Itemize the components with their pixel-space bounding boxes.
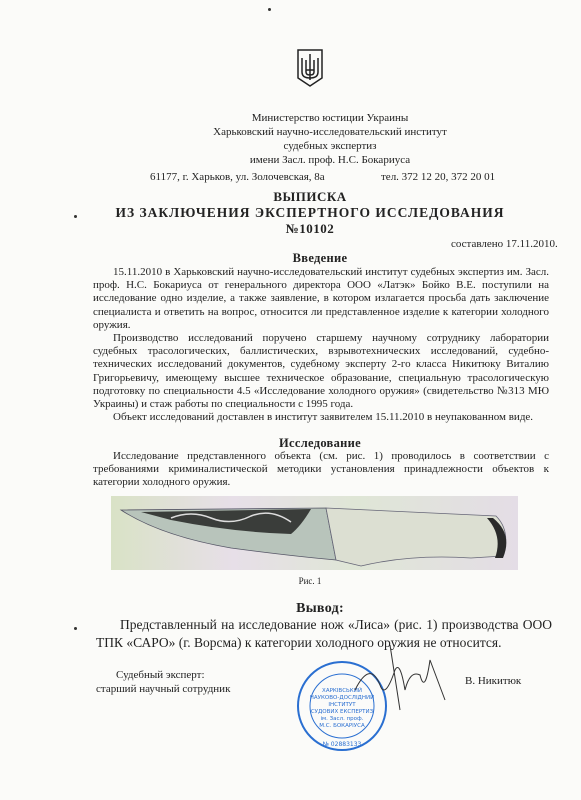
phone: тел. 372 12 20, 372 20 01 [381, 171, 495, 183]
research-paragraph: Исследование представленного объекта (см… [93, 450, 549, 490]
institute-name: Харьковский научно-исследовательский инс… [200, 125, 460, 139]
knife-photo [111, 496, 518, 570]
intro-paragraph-1: 15.11.2010 в Харьковский научно-исследов… [93, 266, 549, 332]
signature-scribble [350, 640, 460, 720]
expert-role-line2: старший научный сотрудник [96, 682, 230, 696]
institute-name-line3: судебных экспертиз [200, 139, 460, 153]
research-heading: Исследование [90, 436, 550, 451]
scan-speck [268, 8, 271, 11]
doc-date: составлено 17.11.2010. [451, 238, 558, 250]
doc-title: ВЫПИСКА [60, 189, 560, 205]
doc-number: №10102 [60, 221, 560, 237]
intro-paragraph-2: Производство исследований поручено старш… [93, 332, 549, 411]
ministry-name: Министерство юстиции Украины [200, 111, 460, 125]
institution-header: Министерство юстиции Украины Харьковский… [200, 111, 460, 167]
expert-role-line1: Судебный эксперт: [96, 668, 230, 682]
intro-heading: Введение [90, 251, 550, 266]
scan-speck [74, 215, 77, 218]
scan-speck [74, 627, 77, 630]
conclusion-text: Представленный на исследование нож «Лиса… [96, 616, 552, 652]
expert-name: В. Никитюк [465, 675, 521, 687]
coat-of-arms-icon [296, 48, 324, 88]
institute-name-line4: имени Засл. проф. Н.С. Бокариуса [200, 153, 460, 167]
svg-text:М.С. БОКАРІУСА: М.С. БОКАРІУСА [319, 723, 365, 729]
svg-text:№ 02883133: № 02883133 [323, 741, 362, 748]
intro-paragraph-3: Объект исследований доставлен в институт… [93, 411, 549, 424]
conclusion-heading: Вывод: [90, 601, 550, 617]
doc-subtitle: ИЗ ЗАКЛЮЧЕНИЯ ЭКСПЕРТНОГО ИССЛЕДОВАНИЯ [60, 205, 560, 221]
expert-role: Судебный эксперт: старший научный сотруд… [96, 668, 230, 696]
figure-caption: Рис. 1 [280, 576, 340, 586]
address: 61177, г. Харьков, ул. Золочевская, 8а [150, 171, 325, 183]
